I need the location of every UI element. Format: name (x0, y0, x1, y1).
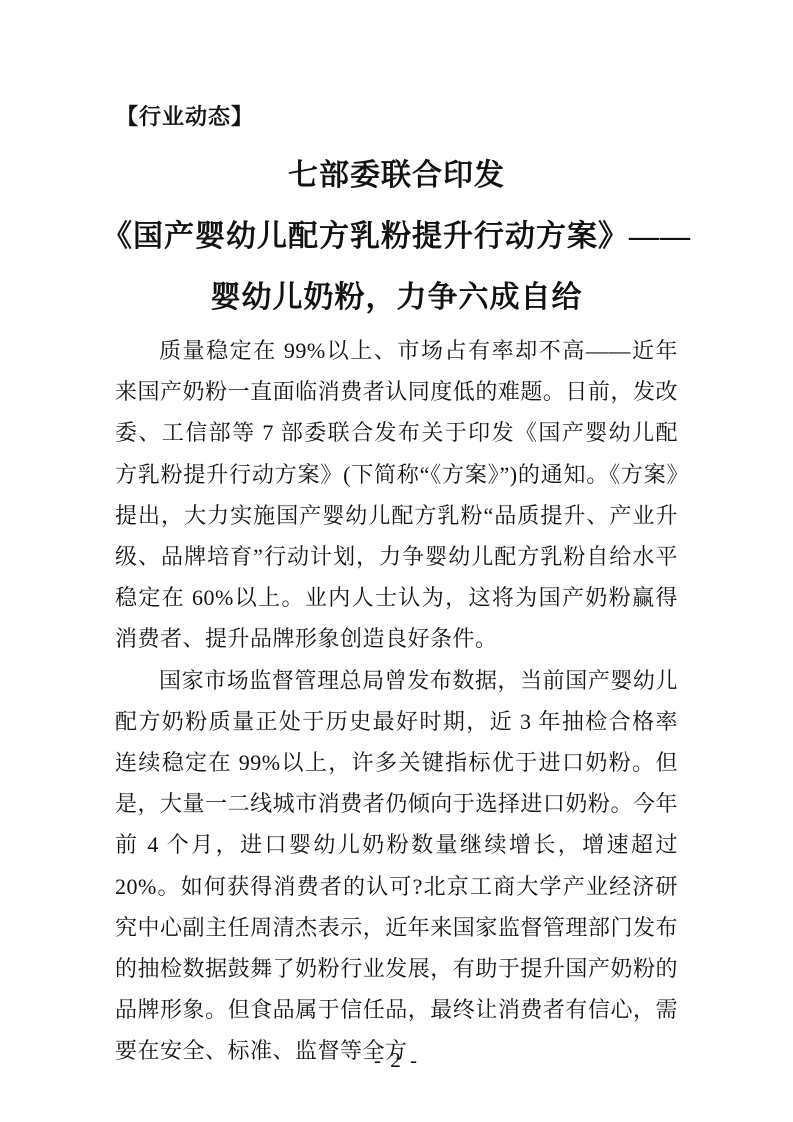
section-label: 【行业动态】 (116, 100, 254, 131)
title-line-1: 七部委联合印发 (0, 145, 793, 206)
title-line-3: 婴幼儿奶粉，力争六成自给 (0, 267, 793, 328)
paragraph-1: 质量稳定在 99%以上、市场占有率却不高——近年来国产奶粉一直面临消费者认同度低… (115, 330, 678, 660)
paragraph-2: 国家市场监督管理总局曾发布数据，当前国产婴幼儿配方奶粉质量正处于历史最好时期，近… (115, 660, 678, 1072)
page-number: - 2 - (0, 1048, 793, 1073)
title-line-2: 《国产婴幼儿配方乳粉提升行动方案》—— (0, 206, 793, 267)
article-title: 七部委联合印发 《国产婴幼儿配方乳粉提升行动方案》—— 婴幼儿奶粉，力争六成自给 (0, 145, 793, 328)
article-body: 质量稳定在 99%以上、市场占有率却不高——近年来国产奶粉一直面临消费者认同度低… (115, 330, 678, 1072)
document-page: 【行业动态】 七部委联合印发 《国产婴幼儿配方乳粉提升行动方案》—— 婴幼儿奶粉… (0, 0, 793, 1122)
